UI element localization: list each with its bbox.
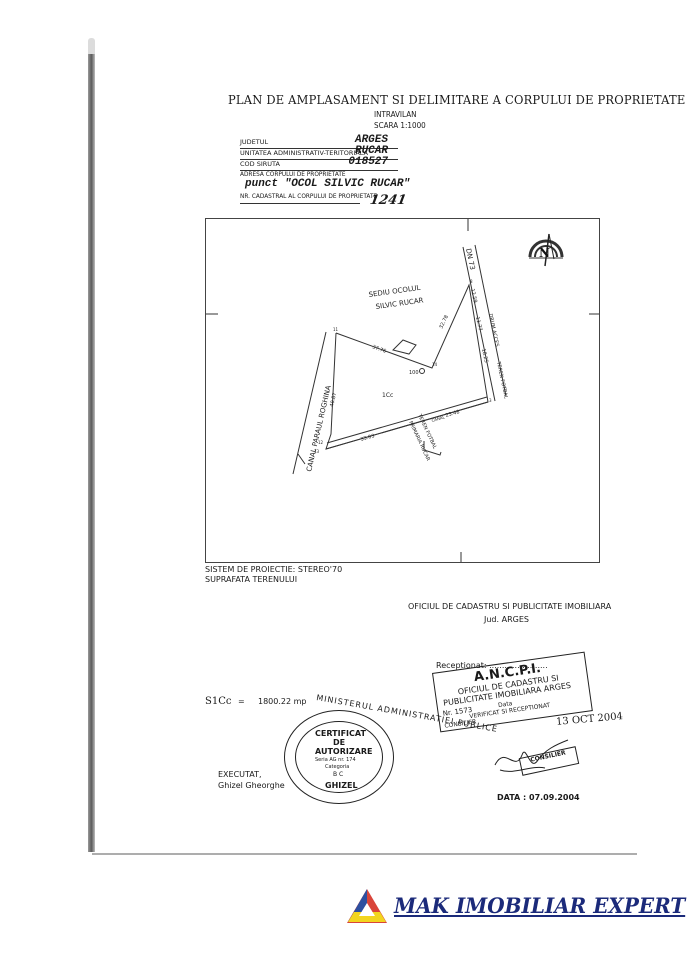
area-equals: = xyxy=(238,697,245,706)
document-scale: SCARA 1:1000 xyxy=(374,121,426,130)
stamp-text: B C xyxy=(333,771,343,778)
svg-text:1Cc: 1Cc xyxy=(382,392,393,399)
field-adresa-value: punct "OCOL SILVIC RUCAR" xyxy=(245,178,410,190)
brand-name: MAK IMOBILIAR EXPERT xyxy=(394,893,685,918)
field-value: 018527 xyxy=(348,157,388,168)
svg-text:DRUM ACCES: DRUM ACCES xyxy=(487,313,500,347)
svg-text:11: 11 xyxy=(333,327,339,332)
field-label: JUDETUL xyxy=(240,138,268,146)
projection-system: SISTEM DE PROIECTIE: STEREO'70 xyxy=(205,565,342,574)
signature-icon xyxy=(490,735,570,780)
stamp-text: AUTORIZARE xyxy=(315,747,372,756)
document-subtitle: INTRAVILAN xyxy=(374,110,417,119)
executat-label: EXECUTAT, xyxy=(218,770,262,779)
document-title: PLAN DE AMPLASAMENT SI DELIMITARE A CORP… xyxy=(228,92,685,107)
svg-text:23.48: 23.48 xyxy=(445,409,460,419)
document-date: DATA : 07.09.2004 xyxy=(497,793,580,802)
parcel-plan-svg: N SEDIU OCOLUL SILVIC RUCAR DN 73 DRUM A… xyxy=(206,219,599,562)
svg-text:N: N xyxy=(539,246,550,260)
svg-text:SILVIC RUCAR: SILVIC RUCAR xyxy=(375,296,424,311)
area-label: S1Cc xyxy=(205,696,231,707)
stamp-text: Seria AG nr. 174 xyxy=(315,757,356,763)
scanned-page-edge xyxy=(88,52,95,852)
north-arrow-icon: N xyxy=(529,234,563,266)
svg-text:13: 13 xyxy=(314,449,320,454)
svg-text:8: 8 xyxy=(470,279,473,284)
svg-text:37.76: 37.76 xyxy=(371,344,387,355)
svg-text:12: 12 xyxy=(318,440,324,445)
field-label: NR. CADASTRAL AL CORPULUI DE PROPRIETATE xyxy=(240,194,377,200)
svg-text:100: 100 xyxy=(409,370,419,376)
stamp-text: GHIZEL xyxy=(325,781,358,790)
svg-text:CANAL PARAUL ROGHINA: CANAL PARAUL ROGHINA xyxy=(305,385,333,473)
area-value: 1800.22 mp xyxy=(258,697,307,706)
cadastral-map: N SEDIU OCOLUL SILVIC RUCAR DN 73 DRUM A… xyxy=(205,218,600,563)
round-stamp: MINISTERUL ADMINISTRATIEI PUBLICE CERTIF… xyxy=(284,710,394,804)
svg-text:33.03: 33.03 xyxy=(360,433,375,443)
svg-text:CANAL: CANAL xyxy=(431,414,446,423)
surface-label: SUPRAFATA TERENULUI xyxy=(205,575,297,584)
field-nr-cadastral: NR. CADASTRAL AL CORPULUI DE PROPRIETATE xyxy=(240,192,360,204)
stamp-text: CERTIFICAT xyxy=(315,729,366,738)
svg-text:3: 3 xyxy=(489,398,492,403)
triangle-logo-icon xyxy=(346,888,388,924)
svg-text:14: 14 xyxy=(432,362,438,367)
executant-name: Ghizel Gheorghe xyxy=(218,781,285,790)
ocpi-county: Jud. ARGES xyxy=(484,615,529,624)
stamp-text: DE xyxy=(333,738,345,747)
field-label: COD SIRUTA xyxy=(240,160,280,168)
svg-text:TEREN FOTBAL: TEREN FOTBAL xyxy=(495,360,509,399)
scanned-page-bottom-edge xyxy=(92,853,637,855)
ocpi-office: OFICIUL DE CADASTRU SI PUBLICITATE IMOBI… xyxy=(408,602,611,611)
stamp-text: Categoria xyxy=(325,764,349,770)
nr-cadastral-value: 1241 xyxy=(369,193,408,208)
svg-text:32.78: 32.78 xyxy=(438,314,449,330)
svg-text:SEDIU OCOLUL: SEDIU OCOLUL xyxy=(368,284,421,299)
